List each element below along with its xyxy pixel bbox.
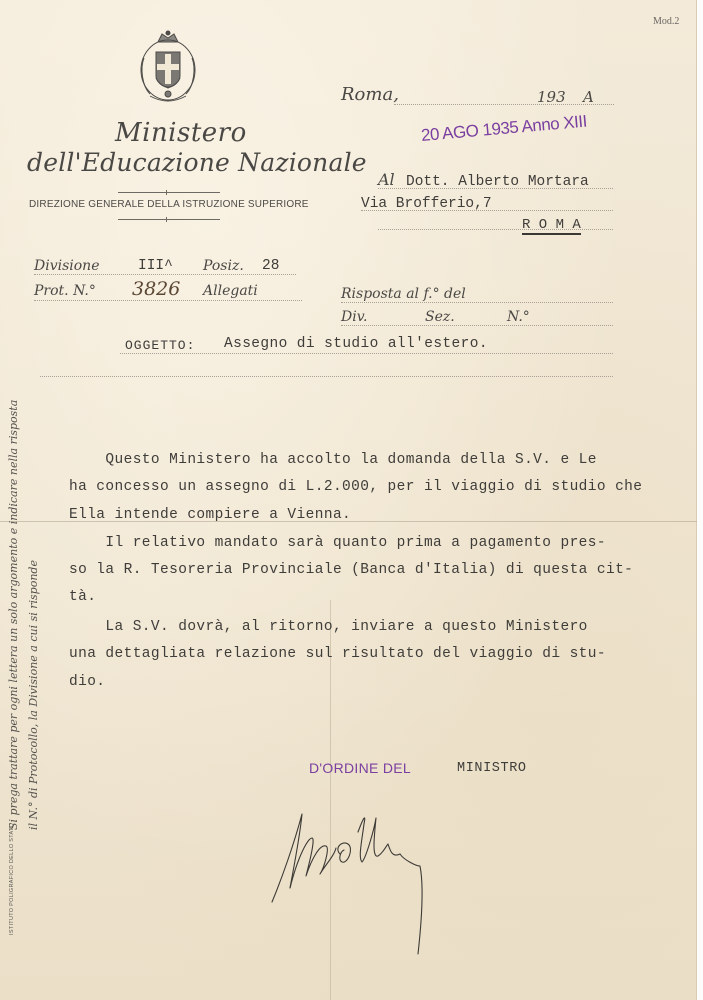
recipient-dotted-line <box>378 188 613 189</box>
body-line: una dettagliata relazione sul risultato … <box>69 646 606 662</box>
body-line: Il relativo mandato sarà quanto prima a … <box>69 535 606 551</box>
position-value: 28 <box>262 258 279 274</box>
reply-num-label: N.° <box>507 309 530 325</box>
printer-imprint: ISTITUTO POLIGRAFICO DELLO STATO <box>9 823 15 935</box>
division-value: III^ <box>138 258 173 274</box>
subject-dotted-line-2 <box>40 376 613 377</box>
date-dotted-line <box>394 104 614 105</box>
recipient-dotted-line <box>361 210 613 211</box>
recipient-dotted-line <box>378 229 613 230</box>
body-line: La S.V. dovrà, al ritorno, inviare a que… <box>69 619 588 635</box>
reply-sez-label: Sez. <box>425 309 455 325</box>
recipient-prefix: Al <box>378 170 395 189</box>
subject-dotted-line <box>120 353 613 354</box>
reply-div-label: Div. <box>341 309 367 325</box>
protocol-value: 3826 <box>132 278 180 300</box>
position-label: Posiz. <box>203 258 244 274</box>
paper-edge <box>696 0 703 1000</box>
subject-label: OGGETTO: <box>125 338 195 353</box>
margin-note-line1: Si prega trattare per ogni lettera un so… <box>7 400 20 830</box>
margin-note-line2: il N.° di Protocollo, la Divisione a cui… <box>27 560 40 830</box>
header-rule-top <box>118 192 220 193</box>
reply-dotted-line <box>341 302 613 303</box>
form-code: Mod.2 <box>653 16 679 27</box>
body-line: dio. <box>69 674 105 690</box>
body-line: Questo Ministero ha accolto la domanda d… <box>69 452 597 468</box>
ministry-name-line2: dell'Educazione Nazionale <box>27 148 367 177</box>
division-dotted-line <box>34 274 296 275</box>
order-stamp: D'ORDINE DEL <box>309 760 411 776</box>
signature <box>268 808 508 958</box>
savoy-crest-icon <box>136 28 200 108</box>
department-name: DIREZIONE GENERALE DELLA ISTRUZIONE SUPE… <box>29 199 309 210</box>
body-line: Ella intende compiere a Vienna. <box>69 507 351 523</box>
division-label: Divisione <box>34 258 99 274</box>
ministry-name-line1: Ministero <box>115 118 247 148</box>
attachments-label: Allegati <box>203 283 258 299</box>
minister-typed: MINISTRO <box>457 761 527 776</box>
reply-dotted-line <box>341 325 613 326</box>
header-rule-tick <box>166 190 167 195</box>
recipient-city: R O M A <box>522 217 581 235</box>
subject-text: Assegno di studio all'estero. <box>224 336 488 352</box>
body-line: so la R. Tesoreria Provinciale (Banca d'… <box>69 562 633 578</box>
document-page: { "header": { "form_code": "Mod.2", "cre… <box>0 0 703 1000</box>
body-line: ha concesso un assegno di L.2.000, per i… <box>69 479 642 495</box>
protocol-label: Prot. N.° <box>34 283 96 299</box>
body-line: tà. <box>69 589 96 605</box>
date-received-stamp: 20 AGO 1935 Anno XIII <box>420 112 587 146</box>
date-place-label: Roma, <box>341 84 399 105</box>
protocol-dotted-line <box>34 300 302 301</box>
header-rule-bottom <box>118 219 220 220</box>
header-rule-tick <box>166 217 167 222</box>
reply-label: Risposta al f.° del <box>341 286 466 302</box>
date-year-suffix: A <box>583 88 594 106</box>
date-year-prefix: 193 <box>537 88 566 106</box>
